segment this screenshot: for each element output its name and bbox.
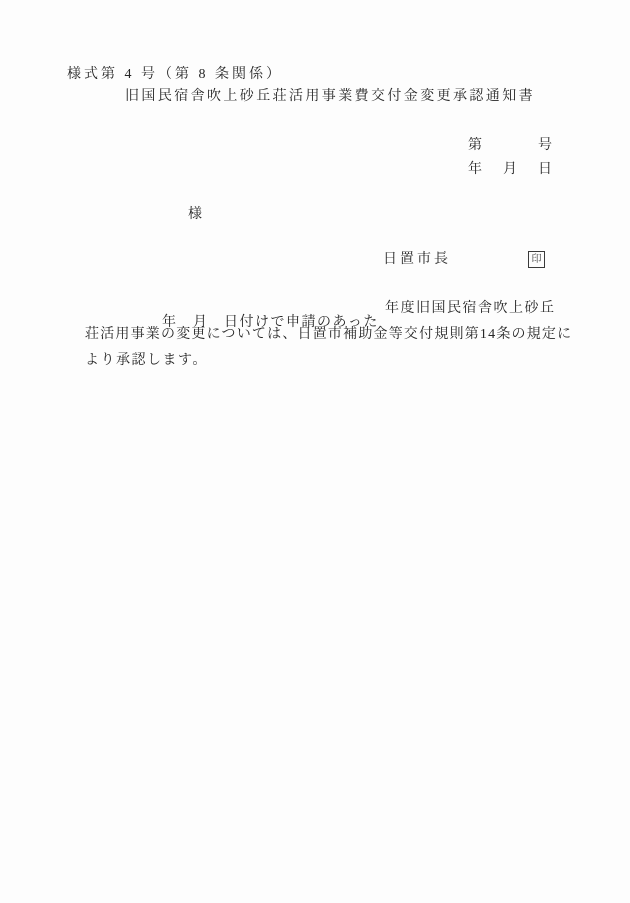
form-number-line: 様式第 4 号（第 8 条関係） [67, 68, 283, 82]
addressee-honorific: 様 [188, 208, 204, 222]
number-suffix-label: 号 [538, 139, 552, 153]
date-year-label: 年 [468, 163, 482, 177]
body-paragraph-line-3: より承認します。 [85, 354, 208, 368]
date-day-label: 日 [538, 163, 552, 177]
sender-line: 日置市長 印 [383, 251, 545, 268]
sender-title: 日置市長 [383, 253, 451, 267]
body-line1-right: 年度旧国民宿舎吹上砂丘 [385, 302, 556, 316]
number-prefix-label: 第 [468, 139, 482, 153]
document-number-line: 第 号 [468, 139, 552, 153]
document-date-line: 年 月 日 [468, 163, 552, 177]
seal-mark: 印 [528, 251, 545, 268]
body-paragraph-line-2: 荘活用事業の変更については、日置市補助金等交付規則第14条の規定に [85, 328, 572, 342]
document-title: 旧国民宿舎吹上砂丘荘活用事業費交付金変更承認通知書 [125, 90, 535, 104]
date-month-label: 月 [503, 163, 517, 177]
document-page: 様式第 4 号（第 8 条関係） 旧国民宿舎吹上砂丘荘活用事業費交付金変更承認通… [0, 0, 630, 903]
